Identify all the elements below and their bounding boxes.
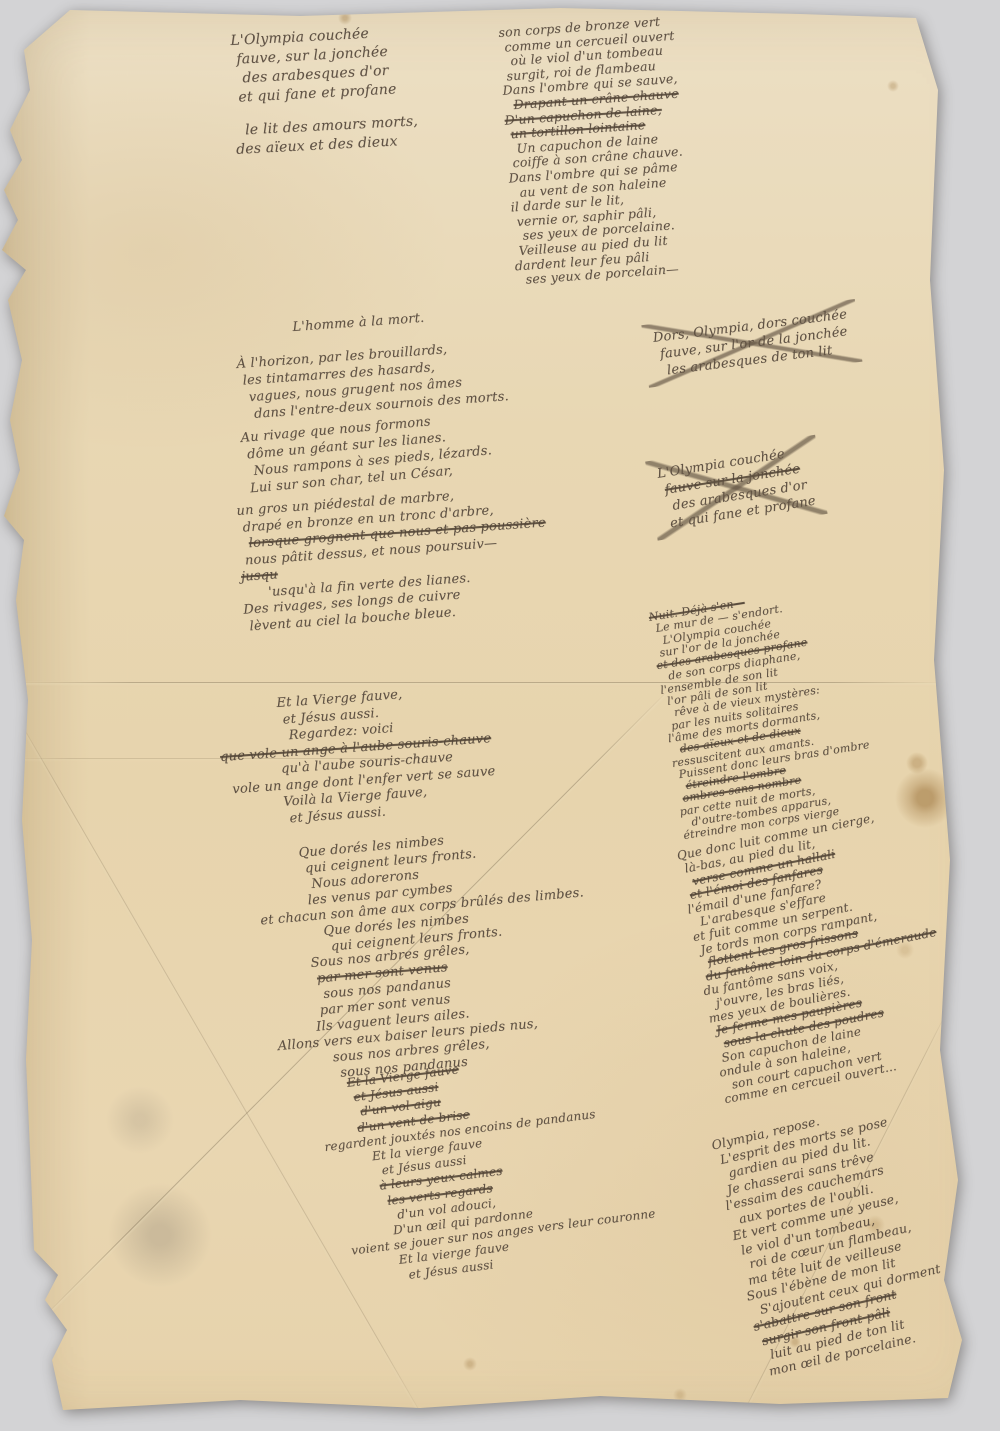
manuscript-line: L'homme à la mort. bbox=[292, 311, 425, 335]
poem-block-nimbes: Que dorés les nimbesqui ceignent leurs f… bbox=[298, 822, 587, 958]
poem-block-vierge-fauve: Et la Vierge fauve,et Jésus aussi.Regard… bbox=[276, 681, 498, 828]
poem-block-cierge: Que donc luit comme un cierge,là-bas, au… bbox=[676, 804, 961, 1107]
poem-block-nuit: Nuit. Déjà s'en—Le mur de — s'endort.L'O… bbox=[648, 581, 880, 843]
poem-block-heading: L'homme à la mort. bbox=[292, 311, 425, 335]
poem-block-vierge-final: Et la Vierge fauveet Jésus aussid'un vol… bbox=[346, 1041, 660, 1288]
paper-sheet: L'Olympia couchéefauve, sur la jonchéede… bbox=[0, 0, 1000, 1431]
poem-block-dors-olympia: Dors, Olympia, dors couchéefauve, sur l'… bbox=[652, 306, 852, 380]
poem-block-olympia-crossed: L'Olympia couchéefauve sur la jonchéedes… bbox=[656, 442, 817, 533]
poem-block-bronze: son corps de bronze vertcomme un cercuei… bbox=[498, 14, 691, 288]
poem-block-olympia-title: L'Olympia couchéefauve, sur la jonchéede… bbox=[230, 22, 419, 159]
manuscript-scan: L'Olympia couchéefauve, sur la jonchéede… bbox=[0, 0, 1000, 1431]
poem-block-repose: Olympia, repose.L'esprit des morts se po… bbox=[710, 1094, 956, 1380]
poem-block-piedestal: un gros un piédestal de marbre,drapé en … bbox=[236, 483, 552, 636]
poem-block-rivage: Au rivage que nous formonsdôme un géant … bbox=[240, 408, 494, 497]
